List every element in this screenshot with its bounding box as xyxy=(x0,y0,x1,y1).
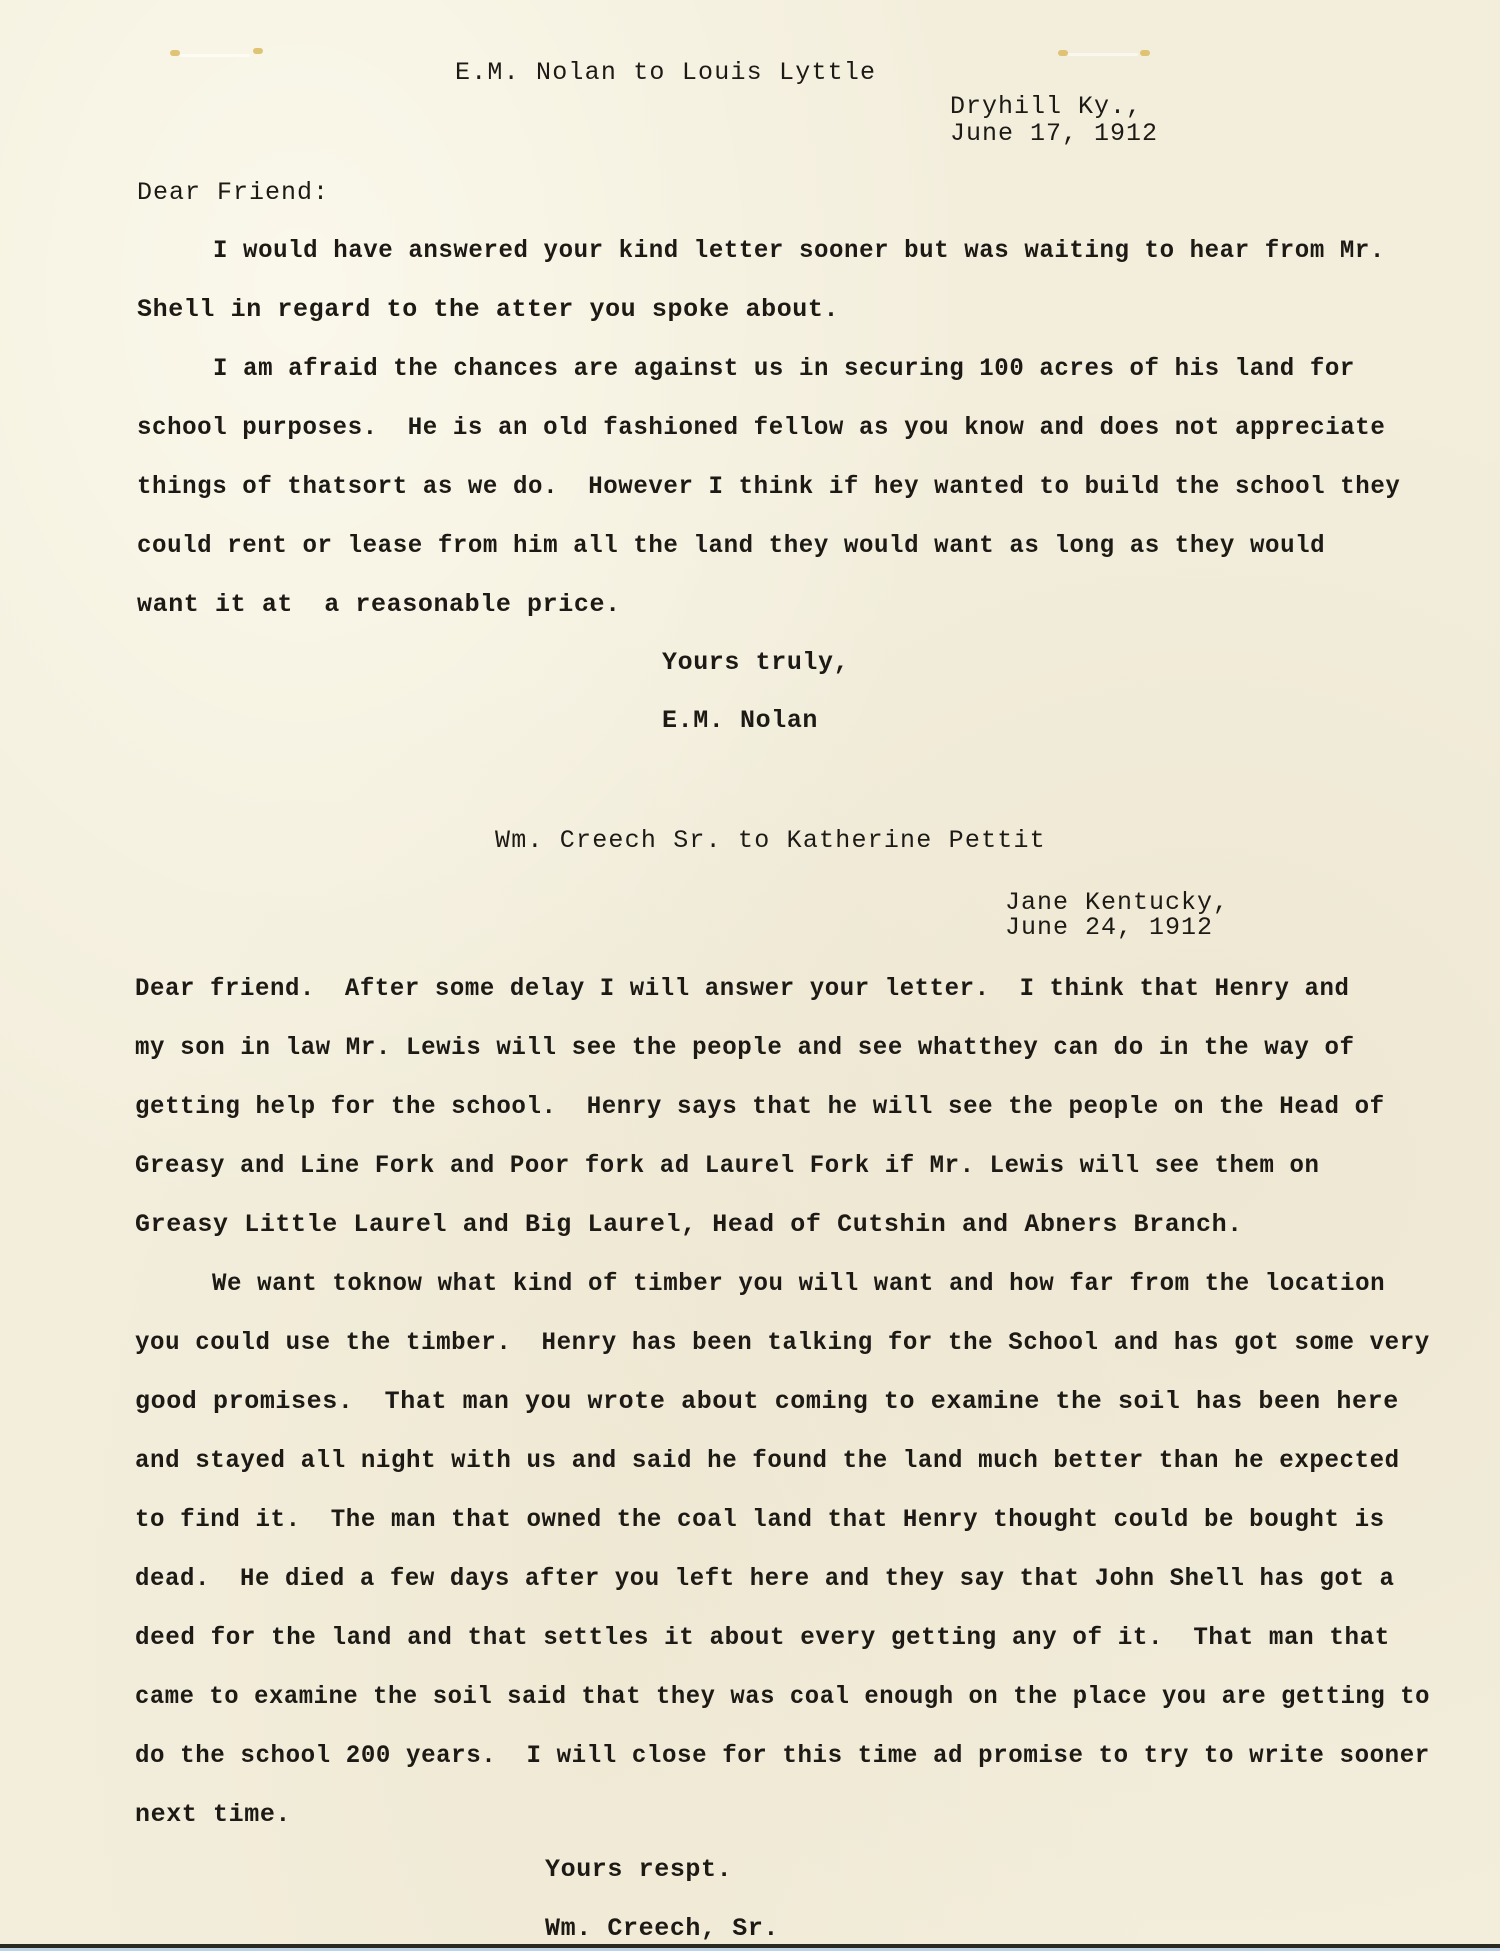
letter2-body-line: to find it. The man that owned the coal … xyxy=(135,1505,1385,1535)
letter2-heading: Wm. Creech Sr. to Katherine Pettit xyxy=(495,826,1046,856)
letter1-body-line: I am afraid the chances are against us i… xyxy=(213,354,1355,384)
letter2-body-line: Greasy and Line Fork and Poor fork ad La… xyxy=(135,1151,1320,1181)
letter2-body-line: you could use the timber. Henry has been… xyxy=(135,1328,1430,1358)
letter1-body-line: things of thatsort as we do. However I t… xyxy=(137,472,1400,502)
letter2-body-line: and stayed all night with us and said he… xyxy=(135,1446,1400,1476)
letter2-address-date: June 24, 1912 xyxy=(1005,913,1213,943)
letter1-signature: E.M. Nolan xyxy=(662,706,818,736)
letter2-body-line: good promises. That man you wrote about … xyxy=(135,1387,1399,1417)
letter1-body-line: Shell in regard to the atter you spoke a… xyxy=(137,295,839,325)
letter2-body-line: next time. xyxy=(135,1800,291,1830)
paper-crease xyxy=(180,54,250,57)
staple-mark xyxy=(253,48,263,54)
letter1-salutation: Dear Friend: xyxy=(137,178,329,208)
letter2-body-line: We want toknow what kind of timber you w… xyxy=(212,1269,1385,1299)
letter2-body-line: dead. He died a few days after you left … xyxy=(135,1564,1394,1594)
letter2-body-line: deed for the land and that settles it ab… xyxy=(135,1623,1390,1653)
letter1-heading: E.M. Nolan to Louis Lyttle xyxy=(455,58,876,88)
paper-crease xyxy=(1068,53,1138,56)
letter2-body-line: came to examine the soil said that they … xyxy=(135,1682,1430,1712)
letter2-closing: Yours respt. xyxy=(545,1855,732,1885)
letter2-body-line: Dear friend. After some delay I will ans… xyxy=(135,974,1350,1004)
letter1-address-date: June 17, 1912 xyxy=(950,119,1158,149)
letter2-signature: Wm. Creech, Sr. xyxy=(545,1914,779,1944)
letter1-body-line: could rent or lease from him all the lan… xyxy=(137,531,1325,561)
letter1-address-place: Dryhill Ky., xyxy=(950,92,1142,122)
letter1-body-line: want it at a reasonable price. xyxy=(137,590,621,620)
letter1-body-line: school purposes. He is an old fashioned … xyxy=(137,413,1385,443)
letter2-body-line: Greasy Little Laurel and Big Laurel, Hea… xyxy=(135,1210,1243,1240)
letter2-body-line: do the school 200 years. I will close fo… xyxy=(135,1741,1430,1771)
typewritten-letter-page: E.M. Nolan to Louis Lyttle Dryhill Ky., … xyxy=(0,0,1500,1948)
letter2-body-line: my son in law Mr. Lewis will see the peo… xyxy=(135,1033,1355,1063)
staple-mark xyxy=(1058,50,1068,56)
staple-mark xyxy=(170,50,180,56)
staple-mark xyxy=(1140,50,1150,56)
letter1-closing: Yours truly, xyxy=(662,648,849,678)
letter1-body-line: I would have answered your kind letter s… xyxy=(213,236,1385,266)
letter2-body-line: getting help for the school. Henry says … xyxy=(135,1092,1385,1122)
